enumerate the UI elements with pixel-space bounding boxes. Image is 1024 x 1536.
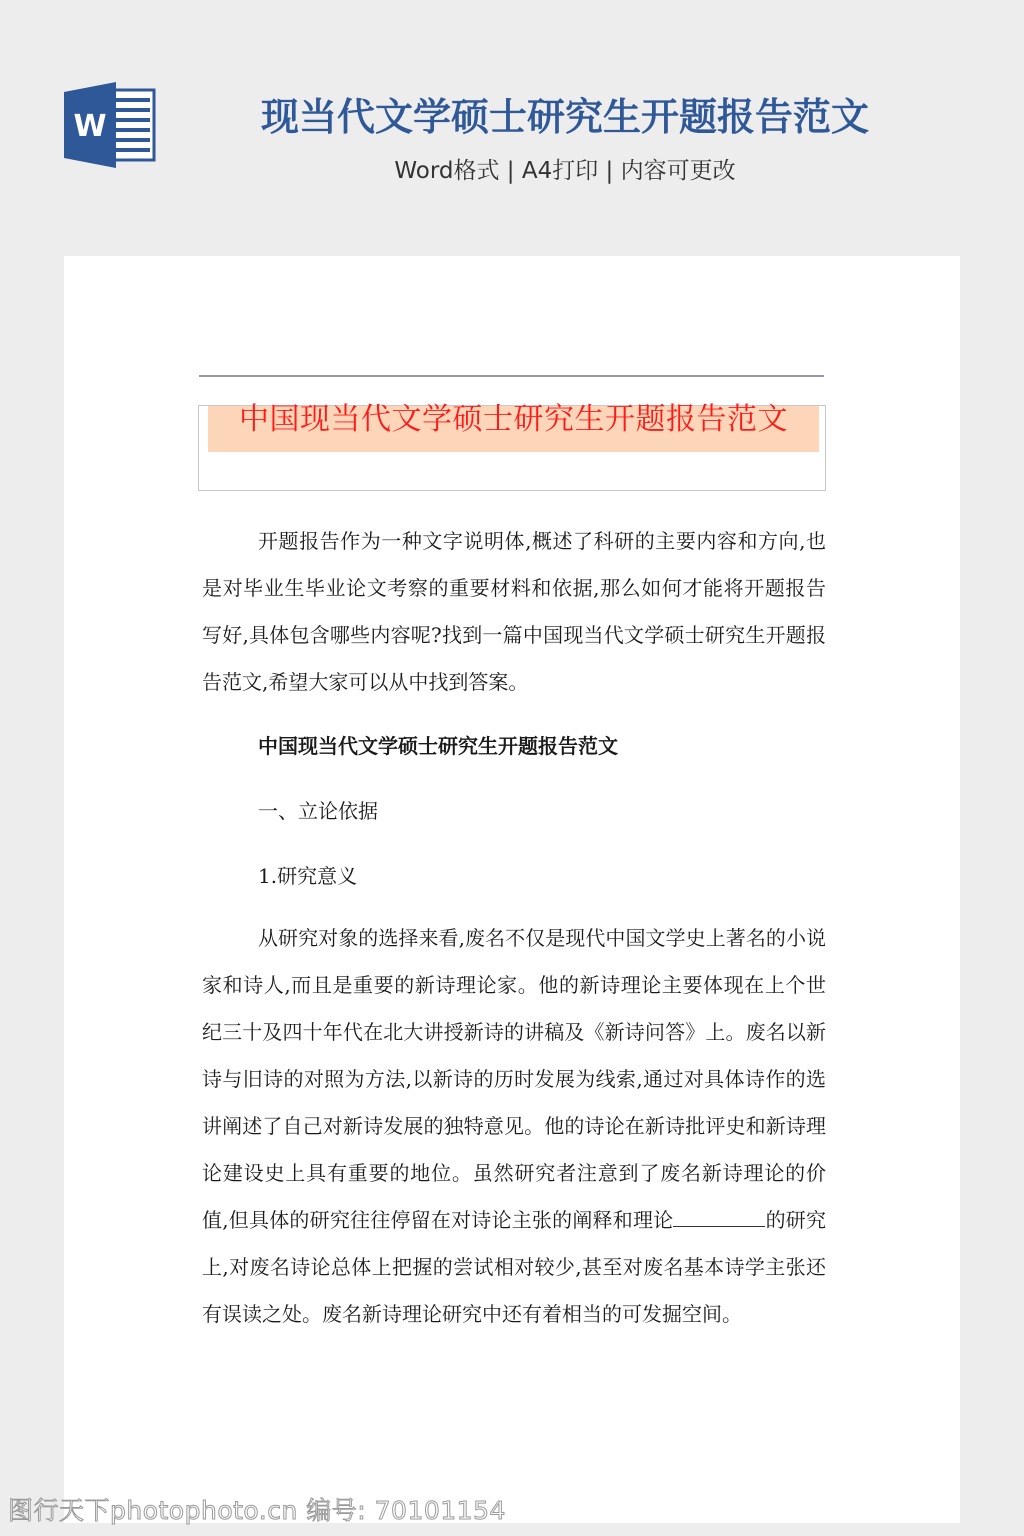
header-rule-divider xyxy=(199,375,824,377)
watermark: 图行天下photophoto.cn 编号: 70101154 xyxy=(8,1491,506,1527)
body-paragraph: 从研究对象的选择来看,废名不仅是现代中国文学史上著名的小说家和诗人,而且是重要的… xyxy=(202,915,826,1338)
document-body: 开题报告作为一种文字说明体,概述了科研的主要内容和方向,也是对毕业生毕业论文考察… xyxy=(202,518,826,1338)
page-header: W 现当代文学硕士研究生开题报告范文 Word格式 | A4打印 | 内容可更改 xyxy=(0,0,1024,256)
header-title: 现当代文学硕士研究生开题报告范文 xyxy=(220,92,910,142)
word-document-icon: W xyxy=(64,82,156,168)
section-heading: 一、立论依据 xyxy=(202,779,826,844)
document-title-box: 中国现当代文学硕士研究生开题报告范文 xyxy=(198,405,826,491)
svg-text:W: W xyxy=(73,109,106,144)
header-subtitle: Word格式 | A4打印 | 内容可更改 xyxy=(220,154,910,188)
section-title: 中国现当代文学硕士研究生开题报告范文 xyxy=(202,714,826,779)
document-title: 中国现当代文学硕士研究生开题报告范文 xyxy=(208,400,819,440)
document-page: 中国现当代文学硕士研究生开题报告范文 开题报告作为一种文字说明体,概述了科研的主… xyxy=(64,256,960,1523)
intro-paragraph: 开题报告作为一种文字说明体,概述了科研的主要内容和方向,也是对毕业生毕业论文考察… xyxy=(202,518,826,706)
body-paragraph-part1: 从研究对象的选择来看,废名不仅是现代中国文学史上著名的小说家和诗人,而且是重要的… xyxy=(202,926,826,1232)
fill-in-blank xyxy=(673,1208,765,1227)
subsection-heading: 1.研究意义 xyxy=(202,844,826,909)
